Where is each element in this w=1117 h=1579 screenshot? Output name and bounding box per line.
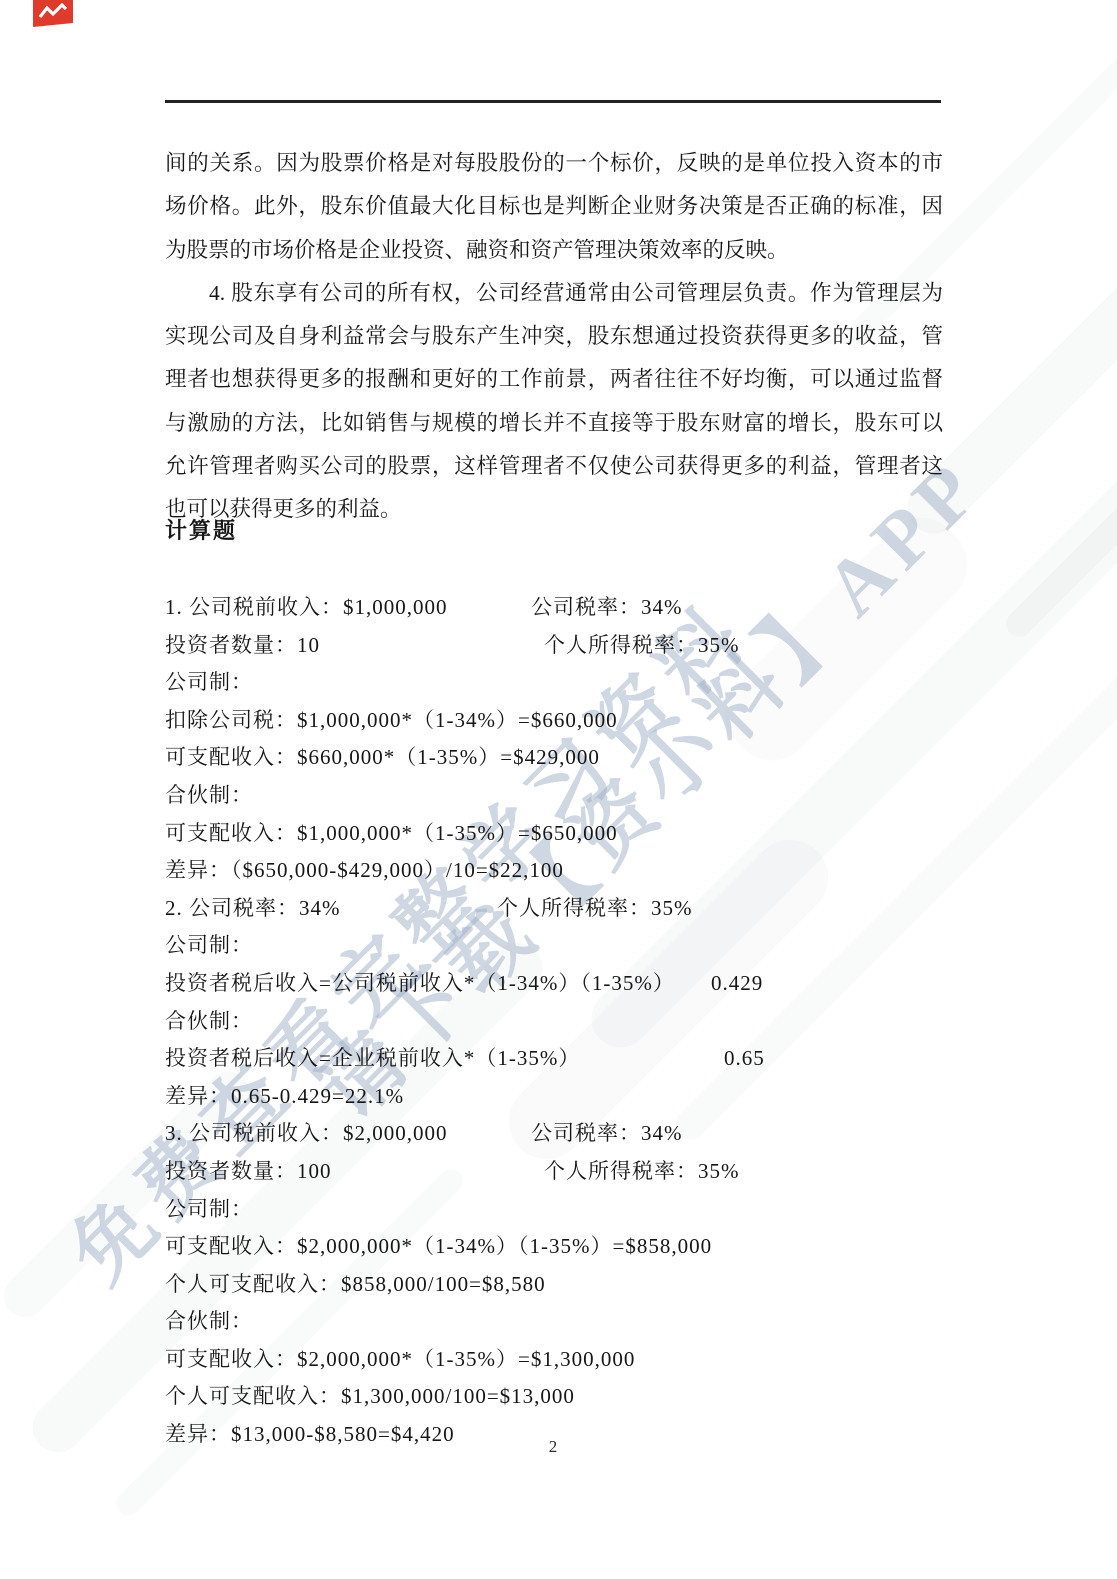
intro-line: 与激励的方法，比如销售与规模的增长并不直接等于股东财富的增长，股东可以 (165, 402, 943, 445)
intro-line: 实现公司及自身利益常会与股东产生冲突，股东想通过投资获得更多的收益，管 (165, 315, 943, 358)
calc-cell: 个人所得税率：35% (544, 1154, 740, 1188)
calc-cell: 投资者税后收入=公司税前收入*（1-34%）（1-35%） (165, 966, 675, 1000)
calc-cell: 投资者数量：10 (165, 628, 320, 662)
calc-cell: 可支配收入：$1,000,000*（1-35%）=$650,000 (165, 816, 618, 850)
calc-row: 公司制： (165, 1192, 965, 1230)
calc-row: 差异：0.65-0.429=22.1% (165, 1079, 965, 1117)
calc-cell: 公司制： (165, 928, 253, 962)
calc-cell: 0.65 (724, 1041, 765, 1075)
calc-row: 可支配收入：$1,000,000*（1-35%）=$650,000 (165, 816, 965, 854)
calc-row: 合伙制： (165, 1304, 965, 1342)
calc-row: 投资者数量：10 个人所得税率：35% (165, 628, 965, 666)
calc-cell: 2. 公司税率：34% (165, 891, 341, 925)
calc-cell: 合伙制： (165, 778, 253, 812)
calc-cell: 公司税率：34% (531, 590, 683, 624)
calc-cell: 个人所得税率：35% (497, 891, 693, 925)
calc-cell: 投资者数量：100 (165, 1154, 332, 1188)
calc-cell: 可支配收入：$2,000,000*（1-35%）=$1,300,000 (165, 1342, 635, 1376)
calc-row: 投资者数量：100 个人所得税率：35% (165, 1154, 965, 1192)
section-heading: 计算题 (165, 514, 237, 545)
calc-cell: 扣除公司税：$1,000,000*（1-34%）=$660,000 (165, 703, 618, 737)
calc-row: 公司制： (165, 665, 965, 703)
calc-cell: 个人可支配收入：$858,000/100=$8,580 (165, 1267, 546, 1301)
intro-line: 也可以获得更多的利益。 (165, 488, 943, 531)
intro-line: 间的关系。因为股票价格是对每股股份的一个标价，反映的是单位投入资本的市 (165, 142, 943, 185)
calc-cell: 个人可支配收入：$1,300,000/100=$13,000 (165, 1379, 575, 1413)
calc-row: 可支配收入：$2,000,000*（1-34%）（1-35%）=$858,000 (165, 1229, 965, 1267)
calc-row: 可支配收入：$660,000*（1-35%）=$429,000 (165, 740, 965, 778)
calc-cell: 个人所得税率：35% (544, 628, 740, 662)
calc-cell: 合伙制： (165, 1004, 253, 1038)
calc-row: 可支配收入：$2,000,000*（1-35%）=$1,300,000 (165, 1342, 965, 1380)
calc-row: 差异：（$650,000-$429,000）/10=$22,100 (165, 853, 965, 891)
page-number: 2 (165, 1437, 941, 1457)
calc-cell: 可支配收入：$660,000*（1-35%）=$429,000 (165, 740, 600, 774)
intro-paragraphs: 间的关系。因为股票价格是对每股股份的一个标价，反映的是单位投入资本的市 场价格。… (165, 142, 943, 532)
intro-line: 4. 股东享有公司的所有权，公司经营通常由公司管理层负责。作为管理层为 (165, 272, 943, 315)
calc-cell: 合伙制： (165, 1304, 253, 1338)
calc-cell: 0.429 (711, 966, 763, 1000)
calc-cell: 1. 公司税前收入：$1,000,000 (165, 590, 448, 624)
header-divider (165, 100, 941, 103)
background-stripe (1001, 256, 1117, 642)
calc-cell: 差异：0.65-0.429=22.1% (165, 1079, 404, 1113)
calc-cell: 可支配收入：$2,000,000*（1-34%）（1-35%）=$858,000 (165, 1229, 712, 1263)
intro-line: 场价格。此外，股东价值最大化目标也是判断企业财务决策是否正确的标准，因 (165, 185, 943, 228)
calc-cell: 公司制： (165, 665, 253, 699)
calc-row: 投资者税后收入=公司税前收入*（1-34%）（1-35%） 0.429 (165, 966, 965, 1004)
calc-cell: 公司税率：34% (531, 1116, 683, 1150)
intro-line: 理者也想获得更多的报酬和更好的工作前景，两者往往不好均衡，可以通过监督 (165, 358, 943, 401)
calc-cell: 公司制： (165, 1192, 253, 1226)
calc-row: 投资者税后收入=企业税前收入*（1-35%） 0.65 (165, 1041, 965, 1079)
calc-row: 个人可支配收入：$858,000/100=$8,580 (165, 1267, 965, 1305)
calc-section: 1. 公司税前收入：$1,000,000 公司税率：34% 投资者数量：10 个… (165, 590, 965, 1455)
calc-row: 2. 公司税率：34% 个人所得税率：35% (165, 891, 965, 929)
calc-row: 3. 公司税前收入：$2,000,000 公司税率：34% (165, 1116, 965, 1154)
calc-row: 合伙制： (165, 778, 965, 816)
calc-cell: 3. 公司税前收入：$2,000,000 (165, 1116, 448, 1150)
intro-line: 允许管理者购买公司的股票，这样管理者不仅使公司获得更多的利益，管理者这 (165, 445, 943, 488)
calc-row: 个人可支配收入：$1,300,000/100=$13,000 (165, 1379, 965, 1417)
calc-row: 合伙制： (165, 1004, 965, 1042)
calc-row: 扣除公司税：$1,000,000*（1-34%）=$660,000 (165, 703, 965, 741)
calc-row: 公司制： (165, 928, 965, 966)
calc-row: 1. 公司税前收入：$1,000,000 公司税率：34% (165, 590, 965, 628)
calc-cell: 投资者税后收入=企业税前收入*（1-35%） (165, 1041, 580, 1075)
red-ribbon-icon (33, 0, 73, 27)
calc-cell: 差异：（$650,000-$429,000）/10=$22,100 (165, 853, 564, 887)
document-page: 免费查看完整学习资料 请下载【资小料】APP 间的关系。因为股票价格是对每股股份… (0, 0, 1117, 1579)
intro-line: 为股票的市场价格是企业投资、融资和资产管理决策效率的反映。 (165, 229, 943, 272)
